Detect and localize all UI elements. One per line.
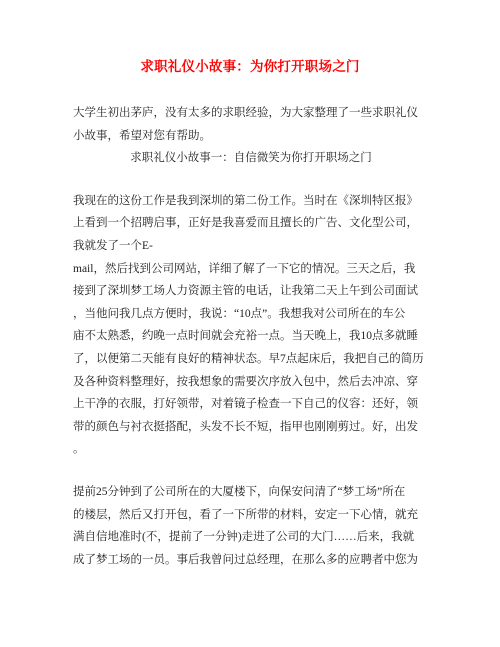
- text-line: mail，然后找到公司网站，详细了解了一下它的情况。三天之后，我: [73, 258, 429, 281]
- text-line: 的楼层，然后又打开包，看了一下所带的材料，安定一下心情，就充: [73, 504, 429, 527]
- text-line: 提前25分钟到了公司所在的大厦楼下，向保安问清了“梦工场”所在: [73, 481, 429, 504]
- text-line: ，当他问我几点方便时，我说：“10点”。我想我对公司所在的车公: [73, 303, 429, 326]
- text-line: 庙不太熟悉，约晚一点时间就会充裕一点。当天晚上，我10点多就睡: [73, 325, 429, 348]
- text-line: 上看到一个招聘启事，正好是我喜爱而且擅长的广告、文化型公司，: [73, 212, 429, 235]
- story-paragraph-1: 我现在的这份工作是我到深圳的第二份工作。当时在《深圳特区报》 上看到一个招聘启事…: [73, 190, 429, 461]
- text-line: 带的颜色与衬衣挺搭配，头发不长不短，指甲也刚刚剪过。好，出发: [73, 416, 429, 439]
- text-line: 我就发了一个E-: [73, 235, 429, 258]
- section-heading: 求职礼仪小故事一：自信微笑为你打开职场之门: [73, 147, 429, 170]
- text-line: 我现在的这份工作是我到深圳的第二份工作。当时在《深圳特区报》: [73, 190, 429, 213]
- document-body: 大学生初出茅庐，没有太多的求职经验，为大家整理了一些求职礼仪 小故事，希望对您有…: [73, 102, 429, 571]
- text-line: 小故事，希望对您有帮助。: [73, 125, 429, 148]
- document-page: 求职礼仪小故事：为你打开职场之门 大学生初出茅庐，没有太多的求职经验，为大家整理…: [0, 0, 500, 647]
- text-line: 了，以便第二天能有良好的精神状态。早7点起床后，我把自己的简历: [73, 348, 429, 371]
- intro-paragraph: 大学生初出茅庐，没有太多的求职经验，为大家整理了一些求职礼仪 小故事，希望对您有…: [73, 102, 429, 147]
- text-line: 。: [73, 438, 429, 461]
- text-line: 上干净的衣服，打好领带，对着镜子检查一下自己的仪容：还好，领: [73, 393, 429, 416]
- text-line: 及各种资料整理好，按我想象的需要次序放入包中，然后去冲凉、穿: [73, 371, 429, 394]
- text-line: 大学生初出茅庐，没有太多的求职经验，为大家整理了一些求职礼仪: [73, 102, 429, 125]
- document-title: 求职礼仪小故事：为你打开职场之门: [0, 0, 500, 77]
- text-line: 接到了深圳梦工场人力资源主管的电话，让我第二天上午到公司面试: [73, 280, 429, 303]
- text-line: 满自信地准时(不，提前了一分钟)走进了公司的大门……后来，我就: [73, 526, 429, 549]
- text-line: 成了梦工场的一员。事后我曾问过总经理，在那么多的应聘者中您为: [73, 549, 429, 572]
- story-paragraph-2: 提前25分钟到了公司所在的大厦楼下，向保安问清了“梦工场”所在 的楼层，然后又打…: [73, 481, 429, 571]
